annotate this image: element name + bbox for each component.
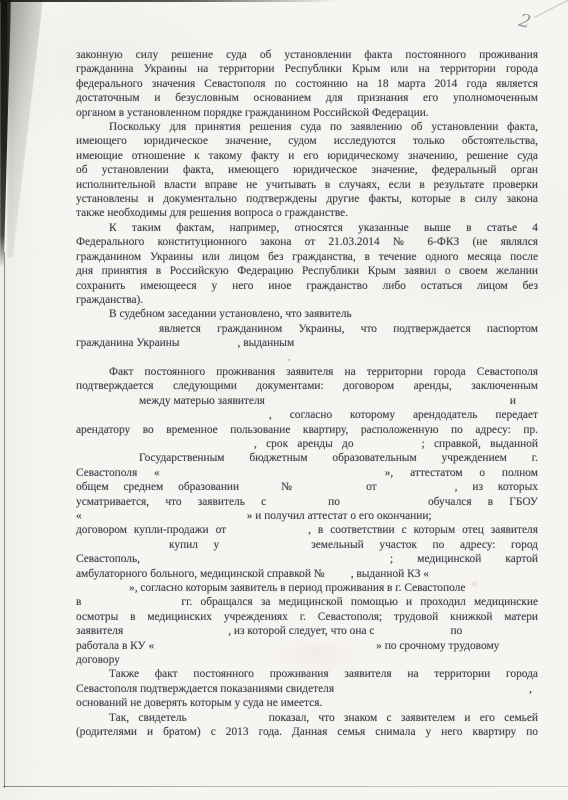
document-line: арендатору во временное пользование квар…: [76, 423, 538, 437]
document-line: Федерального конституционного закона от …: [76, 235, 538, 249]
scan-left-edge-shadow: [7, 0, 43, 258]
redaction-gap: [140, 561, 390, 562]
document-line: гражданина Украины, выданным: [76, 336, 538, 350]
document-line: Севастополя «», аттестатом о полном: [76, 466, 538, 480]
document-line: амбулаторного больного, медицинской спра…: [76, 567, 538, 581]
document-line: сохранить имеющееся у него иное гражданс…: [76, 279, 538, 293]
redaction-gap: [374, 633, 450, 634]
redaction-gap: [334, 691, 529, 692]
document-line: , срок аренды до; справкой, выданной: [76, 437, 538, 451]
document-line: ,: [76, 351, 538, 365]
document-line: Государственным бюджетным образовательны…: [76, 451, 538, 465]
redaction-gap: [304, 489, 366, 490]
document-line: между матерью заявителяи: [76, 394, 538, 408]
document-line: об установлении факта, имеющего юридичес…: [76, 163, 538, 177]
document-line: Севастополя подтверждается показаниями с…: [76, 682, 538, 696]
corner-fold-mark: [534, 0, 568, 18]
document-line: достаточным и безусловным основанием для…: [76, 91, 538, 105]
scanned-page: 2 законную силу решение суда об установл…: [0, 0, 568, 800]
redaction-gap: [76, 446, 254, 447]
redaction-gap: [187, 720, 269, 721]
document-line: работала в КУ «» по срочному трудовому: [76, 639, 538, 653]
redaction-gap: [76, 359, 288, 360]
redaction-gap: [219, 547, 311, 548]
document-line: Также факт постоянного проживания заявит…: [76, 667, 538, 681]
redaction-gap: [265, 403, 510, 404]
document-line: имеющие отношение к такому факту и его ю…: [76, 149, 538, 163]
document-line: осмотры в медицинских учреждениях г. Сев…: [76, 610, 538, 624]
redaction-gap: [239, 489, 269, 490]
document-line: установлены и документально подтверждены…: [76, 192, 538, 206]
document-line: подтверждается следующими документами: д…: [76, 379, 538, 393]
document-line: дня принятия в Российскую Федерацию Респ…: [76, 264, 538, 278]
document-line: », согласно которым заявитель в период п…: [76, 581, 538, 595]
document-line: , согласно которому арендодатель передае…: [76, 408, 538, 422]
document-line: договором купли-продажи от, в соответств…: [76, 523, 538, 537]
scan-bottom-edge-line: [3, 786, 568, 787]
document-line: «» и получил аттестат о его окончании;: [76, 509, 538, 523]
redaction-gap: [82, 518, 247, 519]
document-text: законную силу решение суда об установлен…: [76, 48, 538, 740]
document-line: имеющего юридическое значение, судом исс…: [76, 134, 538, 148]
redaction-gap: [81, 604, 181, 605]
document-line: федерального значения Севастополя по сос…: [76, 77, 538, 91]
document-line: Поскольку для принятия решения суда по з…: [76, 120, 538, 134]
redaction-gap: [226, 532, 308, 533]
redaction-gap: [377, 489, 455, 490]
redaction-gap: [180, 345, 238, 346]
document-line: вгг. обращался за медицинской помощью и …: [76, 595, 538, 609]
document-line: гражданства).: [76, 293, 538, 307]
document-line: общем среднем образовании№от, из которых: [76, 480, 538, 494]
redaction-gap: [76, 590, 129, 591]
document-line: (родителями и братом) с 2013 года. Данна…: [76, 725, 538, 739]
document-line: Севастополь,; медицинской картой: [76, 552, 538, 566]
document-line: Факт постоянного проживания заявителя на…: [76, 365, 538, 379]
redaction-gap: [123, 633, 228, 634]
document-line: купил уземельный участок по адресу: горо…: [76, 538, 538, 552]
scan-top-edge-line: [0, 0, 338, 2]
document-line: договору: [76, 653, 538, 667]
document-line: также необходимы для решения вопроса о г…: [76, 206, 538, 220]
page-number-handwritten: 2: [517, 10, 533, 33]
document-line: заявителя, из которой следует, что она с…: [76, 624, 538, 638]
redaction-gap: [325, 576, 351, 577]
document-line: оснований не доверять которым у суда не …: [76, 696, 538, 710]
document-line: законную силу решение суда об установлен…: [76, 48, 538, 62]
document-line: усматривается, что заявитель спообучался…: [76, 495, 538, 509]
redaction-gap: [154, 648, 376, 649]
document-line: является гражданином Украины, что подтве…: [76, 322, 538, 336]
redaction-gap: [340, 504, 428, 505]
document-line: В судебном заседании установлено, что за…: [76, 307, 538, 321]
redaction-gap: [266, 504, 328, 505]
document-line: гражданина Украины на территории Республ…: [76, 62, 538, 76]
document-line: органом в установленном порядке граждани…: [76, 106, 538, 120]
document-line: Так, свидетельпоказал, что знаком с заяв…: [76, 711, 538, 725]
document-line: исполнительной власти вправе не учитыват…: [76, 178, 538, 192]
redaction-gap: [354, 446, 422, 447]
document-line: гражданином Украины или лицом без гражда…: [76, 250, 538, 264]
scan-left-edge-line: [4, 252, 6, 788]
redaction-gap: [76, 417, 269, 418]
document-line: К таким фактам, например, относятся указ…: [76, 221, 538, 235]
redaction-gap: [160, 475, 385, 476]
